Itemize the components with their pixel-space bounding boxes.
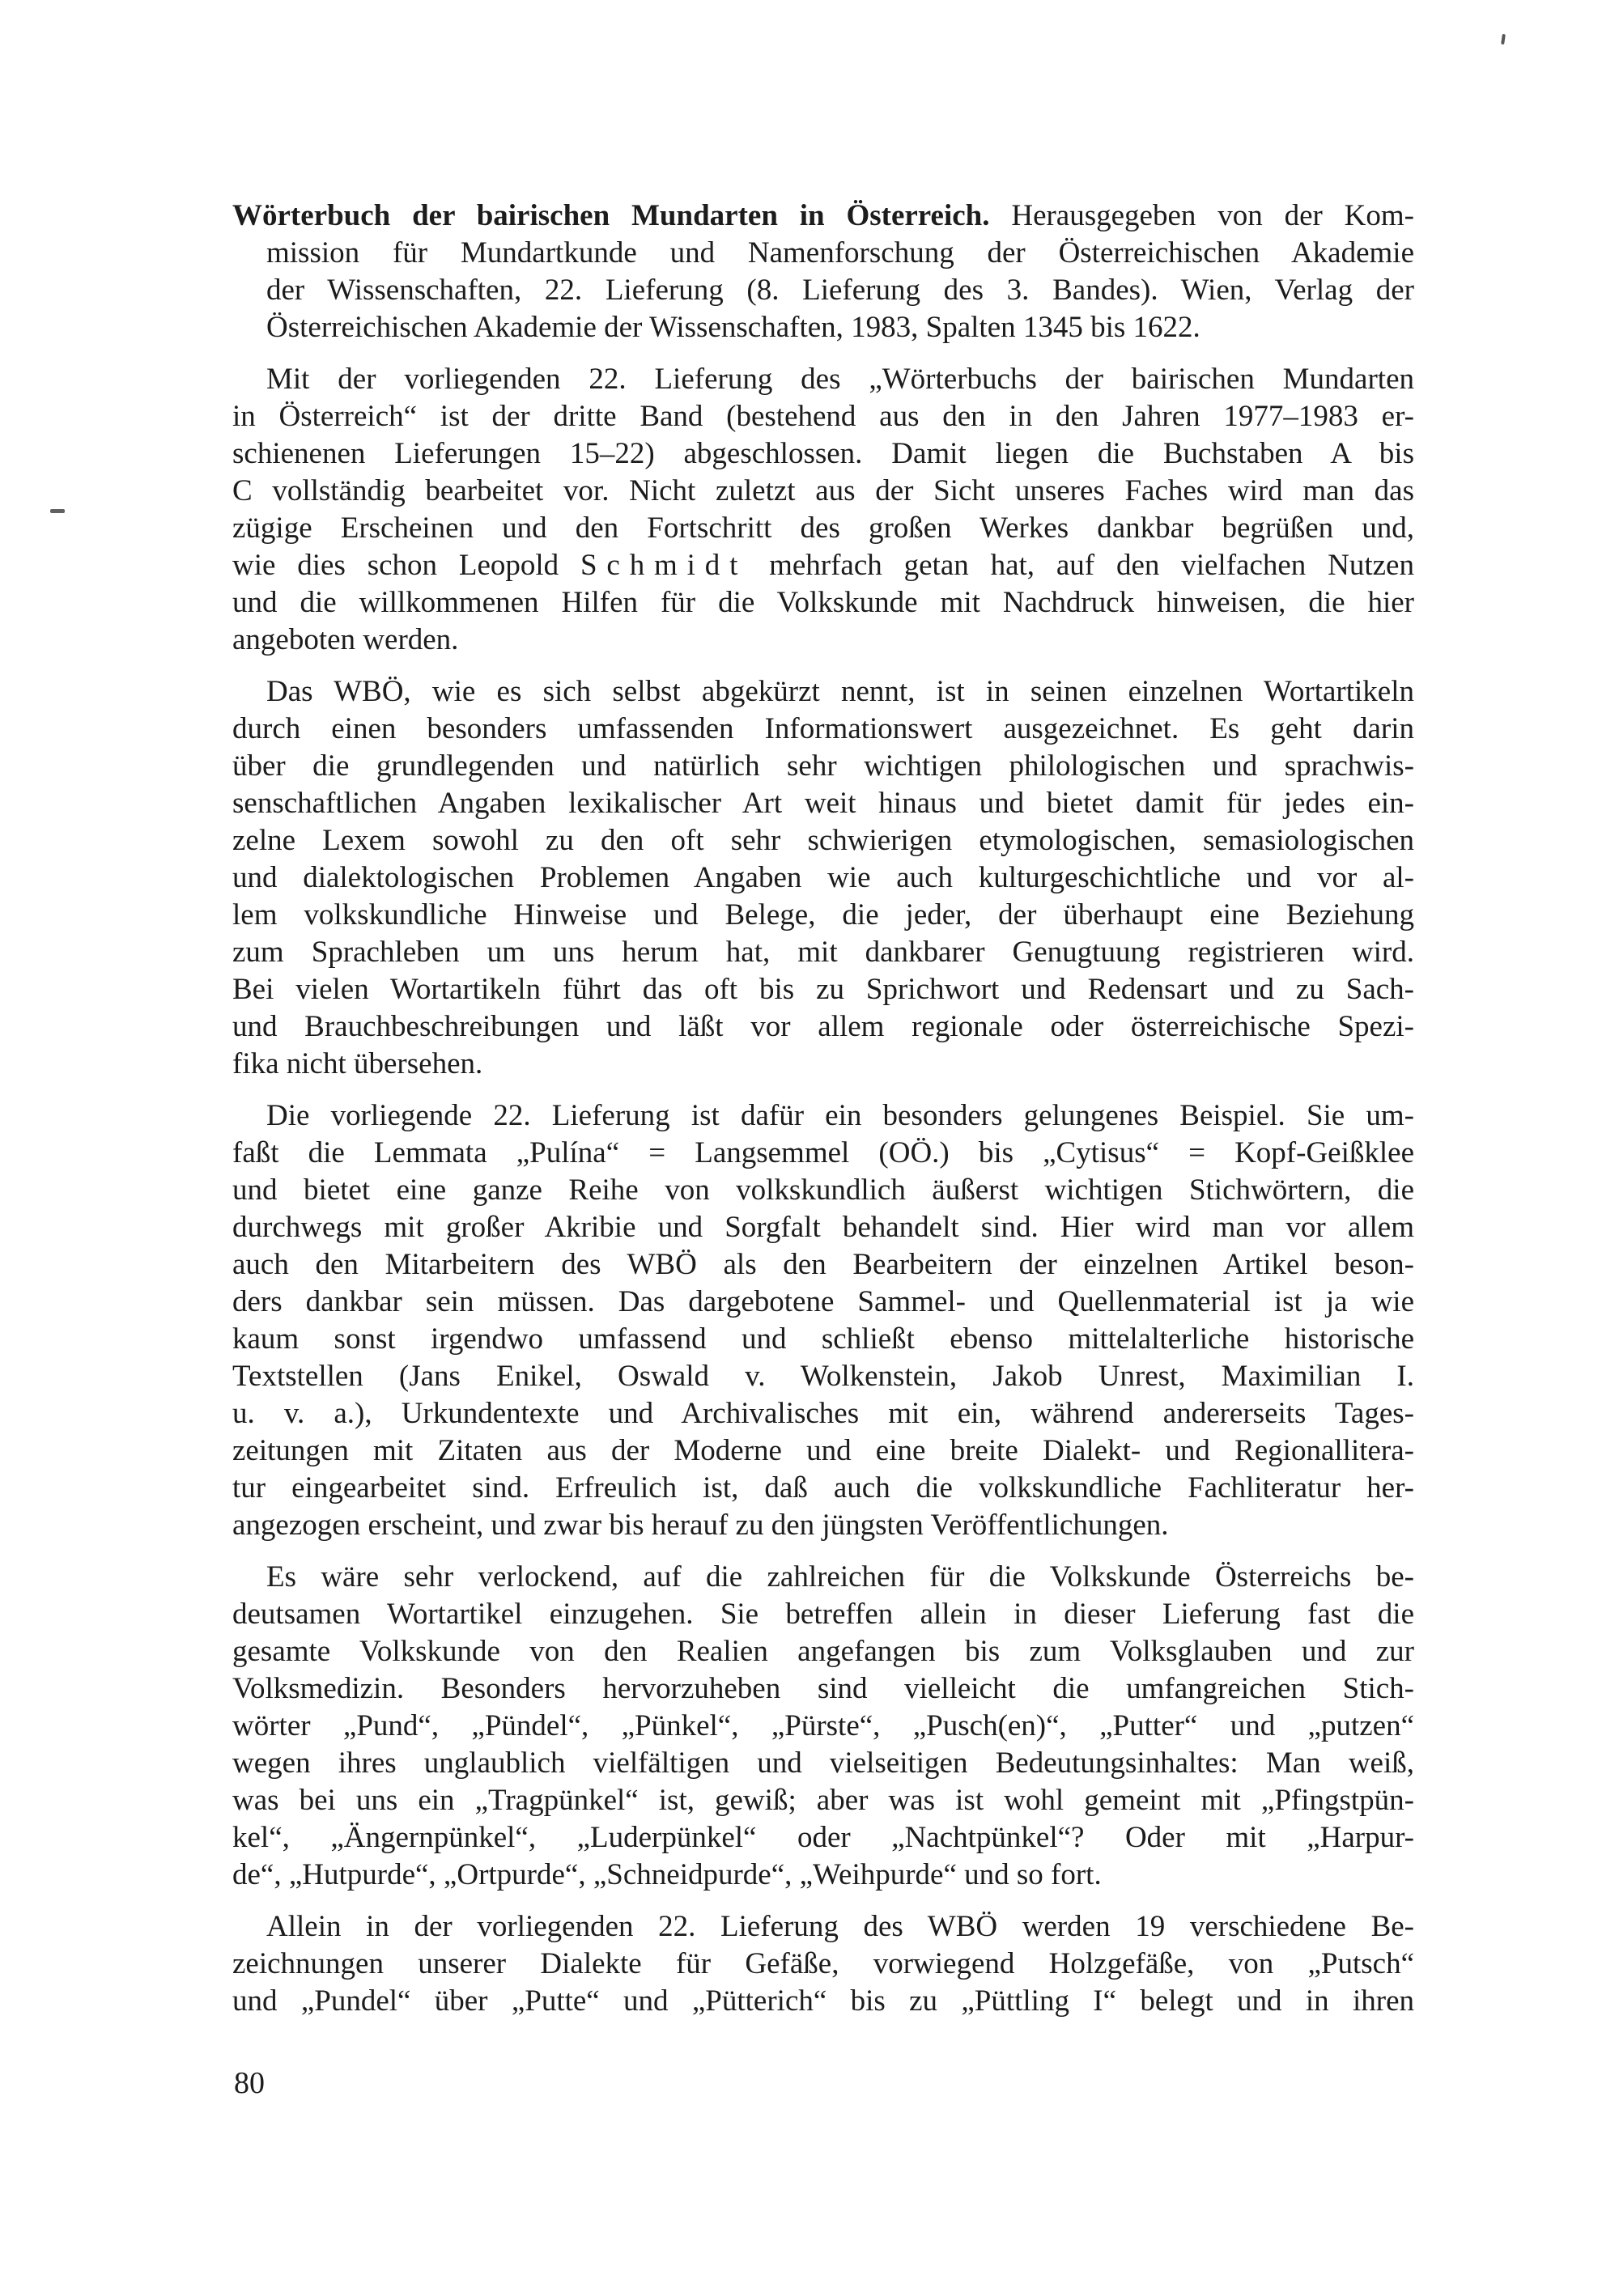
text-line: und bietet eine ganze Reihe von volkskun…	[232, 1172, 1414, 1209]
text-line: Österreichischen Akademie der Wissenscha…	[232, 309, 1414, 346]
text-line: schienenen Lieferungen 15–22) abgeschlos…	[232, 435, 1414, 473]
scan-speck-icon	[1501, 34, 1506, 45]
text-line: deutsamen Wortartikel einzugehen. Sie be…	[232, 1596, 1414, 1633]
text-line: Volksmedizin. Besonders hervorzuheben si…	[232, 1670, 1414, 1708]
text-line: tur eingearbeitet sind. Erfreulich ist, …	[232, 1470, 1414, 1507]
paragraph-1: Mit der vorliegenden 22. Lieferung des „…	[232, 361, 1414, 659]
text-line: kel“, „Ängernpünkel“, „Luderpünkel“ oder…	[232, 1819, 1414, 1857]
text-line: und dialektologischen Problemen Angaben …	[232, 859, 1414, 897]
text-line: gesamte Volkskunde von den Realien angef…	[232, 1633, 1414, 1670]
text-line: senschaftlichen Angaben lexikalischer Ar…	[232, 785, 1414, 822]
text-line: zelne Lexem sowohl zu den oft sehr schwi…	[232, 822, 1414, 859]
review-text-block: Wörterbuch der bairischen Mundarten in Ö…	[232, 197, 1414, 2035]
text-line: über die grundlegenden und natürlich seh…	[232, 748, 1414, 785]
text-line: u. v. a.), Urkundentexte und Archivalisc…	[232, 1395, 1414, 1432]
paragraph-3: Die vorliegende 22. Lieferung ist dafür …	[232, 1097, 1414, 1544]
text-line: mission für Mundartkunde und Namenforsch…	[232, 235, 1414, 272]
paragraph-2: Das WBÖ, wie es sich selbst abgekürzt ne…	[232, 673, 1414, 1083]
bibliographic-heading: Wörterbuch der bairischen Mundarten in Ö…	[232, 197, 1414, 346]
text-line: lem volkskundliche Hinweise und Belege, …	[232, 897, 1414, 934]
text-line: der Wissenschaften, 22. Lieferung (8. Li…	[232, 272, 1414, 309]
text-line: was bei uns ein „Tragpünkel“ ist, gewiß;…	[232, 1782, 1414, 1819]
scan-dash-icon	[50, 509, 65, 513]
text-line: Das WBÖ, wie es sich selbst abgekürzt ne…	[232, 673, 1414, 711]
text-line: angeboten werden.	[232, 622, 1414, 659]
text-line: und „Pundel“ über „Putte“ und „Pütterich…	[232, 1983, 1414, 2020]
text-line: Wörterbuch der bairischen Mundarten in Ö…	[232, 197, 1414, 235]
text-line: Mit der vorliegenden 22. Lieferung des „…	[232, 361, 1414, 398]
text-line: Allein in der vorliegenden 22. Lieferung…	[232, 1908, 1414, 1946]
text-line: in Österreich“ ist der dritte Band (best…	[232, 398, 1414, 435]
text-line: faßt die Lemmata „Pulína“ = Langsemmel (…	[232, 1135, 1414, 1172]
text-line: Es wäre sehr verlockend, auf die zahlrei…	[232, 1559, 1414, 1596]
text-line: durchwegs mit großer Akribie und Sorgfal…	[232, 1209, 1414, 1246]
text-line: zum Sprachleben um uns herum hat, mit da…	[232, 934, 1414, 971]
text-line: ders dankbar sein müssen. Das dargeboten…	[232, 1284, 1414, 1321]
text-line: de“, „Hutpurde“, „Ortpurde“, „Schneidpur…	[232, 1857, 1414, 1894]
text-line: wegen ihres unglaublich vielfältigen und…	[232, 1745, 1414, 1782]
text-line: zügige Erscheinen und den Fortschritt de…	[232, 510, 1414, 547]
text-line: durch einen besonders umfassenden Inform…	[232, 711, 1414, 748]
paragraph-5: Allein in der vorliegenden 22. Lieferung…	[232, 1908, 1414, 2020]
scanned-page: Wörterbuch der bairischen Mundarten in Ö…	[0, 0, 1619, 2296]
text-line: und die willkommenen Hilfen für die Volk…	[232, 584, 1414, 622]
text-line: wörter „Pund“, „Pündel“, „Pünkel“, „Pürs…	[232, 1708, 1414, 1745]
paragraph-4: Es wäre sehr verlockend, auf die zahlrei…	[232, 1559, 1414, 1894]
text-line: Textstellen (Jans Enikel, Oswald v. Wolk…	[232, 1358, 1414, 1395]
text-line: C vollständig bearbeitet vor. Nicht zule…	[232, 473, 1414, 510]
text-line: wie dies schon Leopold Schmidt mehrfach …	[232, 547, 1414, 584]
text-line: auch den Mitarbeitern des WBÖ als den Be…	[232, 1246, 1414, 1284]
text-line: Die vorliegende 22. Lieferung ist dafür …	[232, 1097, 1414, 1135]
text-line: zeichnungen unserer Dialekte für Gefäße,…	[232, 1946, 1414, 1983]
text-line: fika nicht übersehen.	[232, 1046, 1414, 1083]
page-number: 80	[234, 2065, 265, 2102]
text-line: kaum sonst irgendwo umfassend und schlie…	[232, 1321, 1414, 1358]
text-line: Bei vielen Wortartikeln führt das oft bi…	[232, 971, 1414, 1008]
text-line: angezogen erscheint, und zwar bis herauf…	[232, 1507, 1414, 1544]
text-line: und Brauchbeschreibungen und läßt vor al…	[232, 1008, 1414, 1046]
text-line: zeitungen mit Zitaten aus der Moderne un…	[232, 1432, 1414, 1470]
